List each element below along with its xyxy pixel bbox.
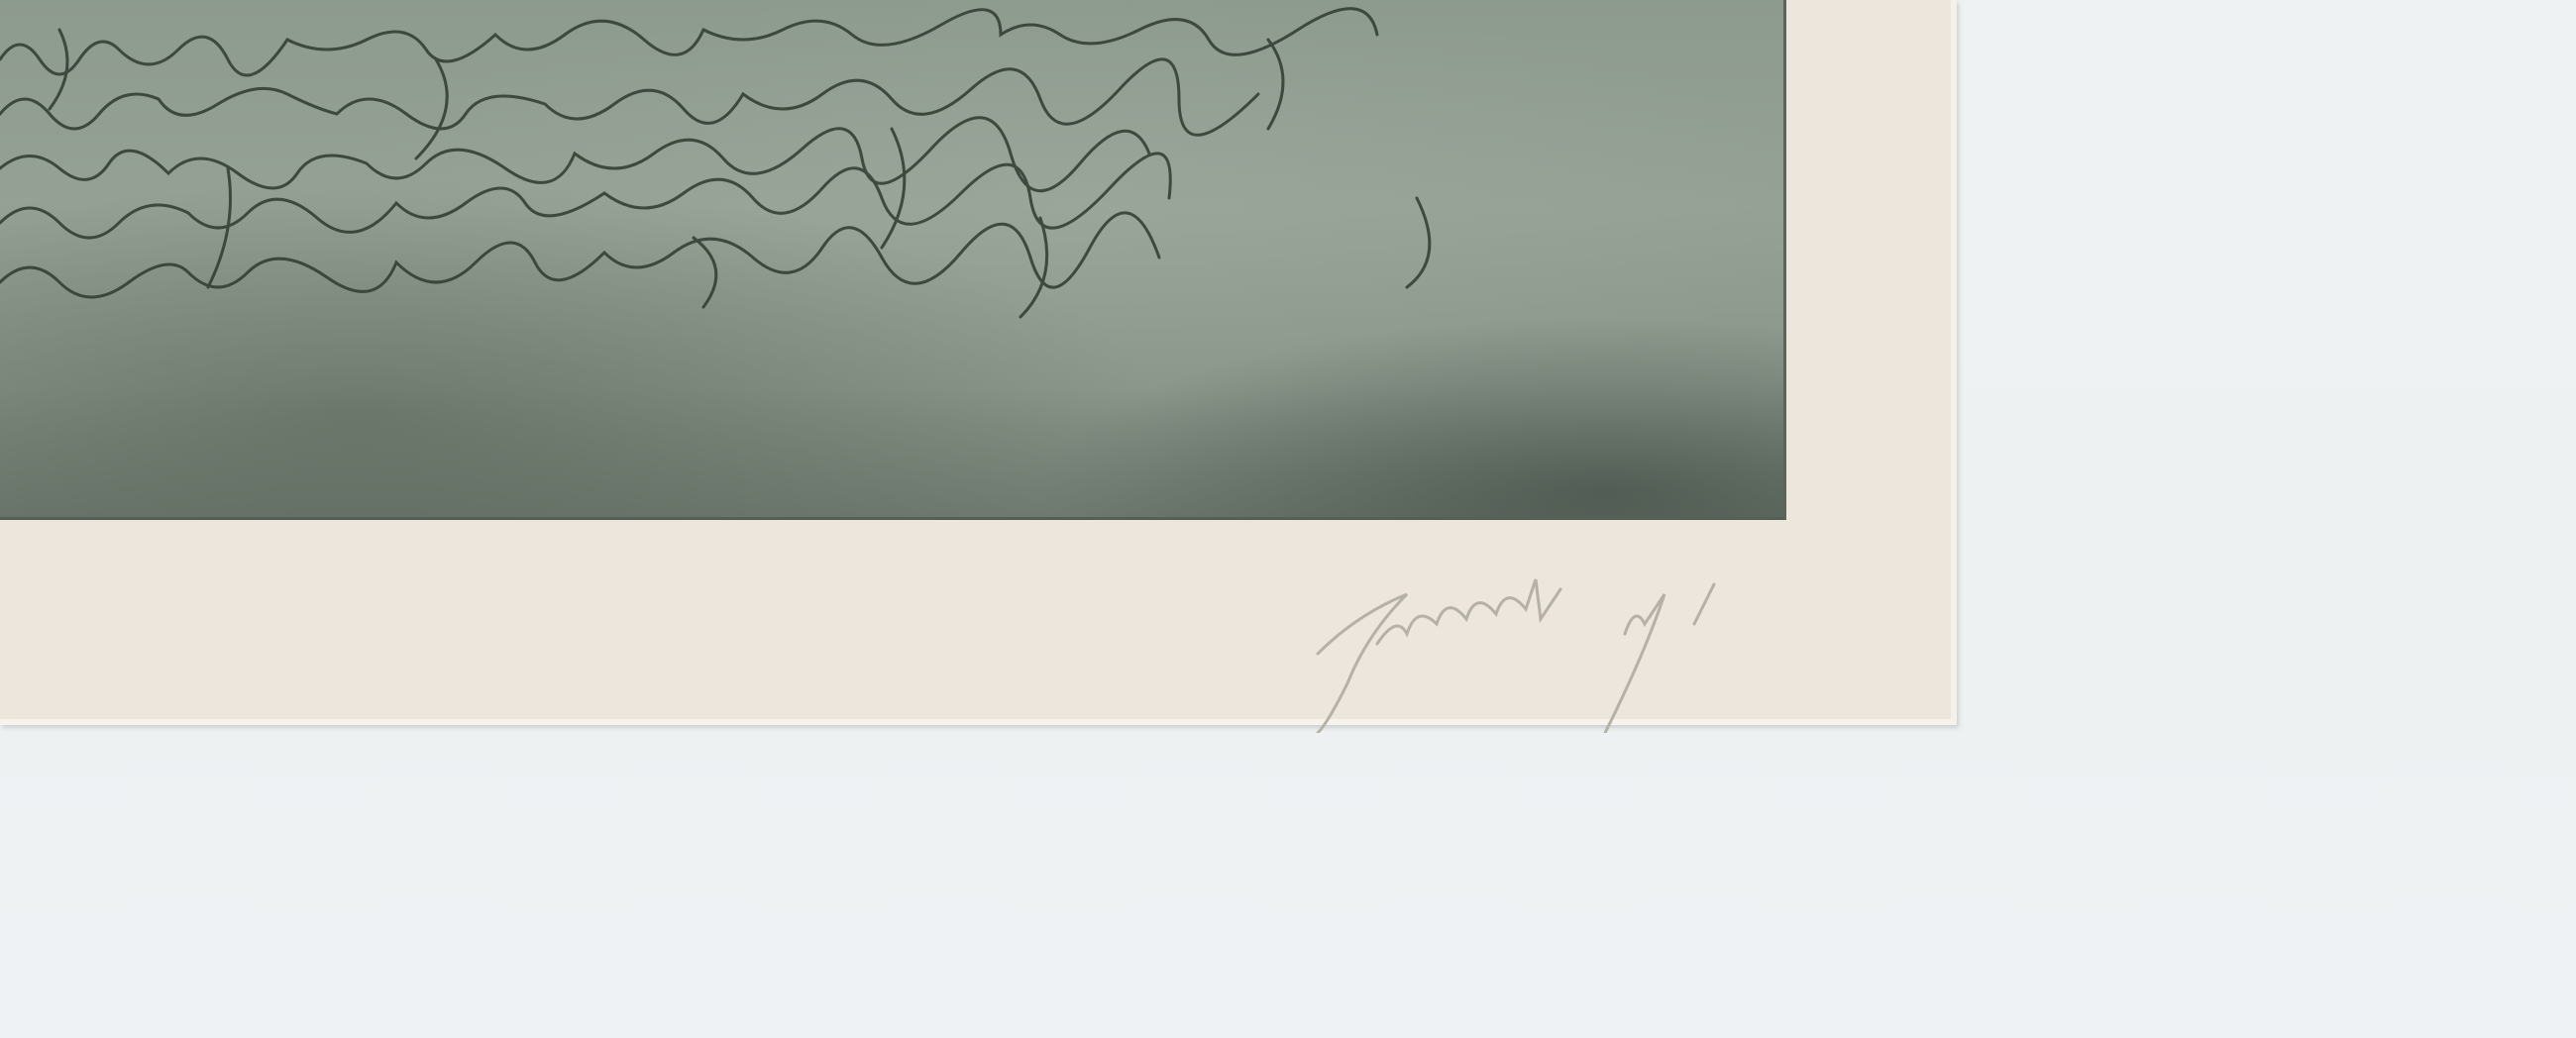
etched-plate — [0, 0, 1786, 520]
asemic-handwriting — [0, 0, 1786, 520]
artist-signature: Janak 71 — [1298, 555, 1773, 733]
print-paper: Janak 71 — [0, 0, 1957, 725]
